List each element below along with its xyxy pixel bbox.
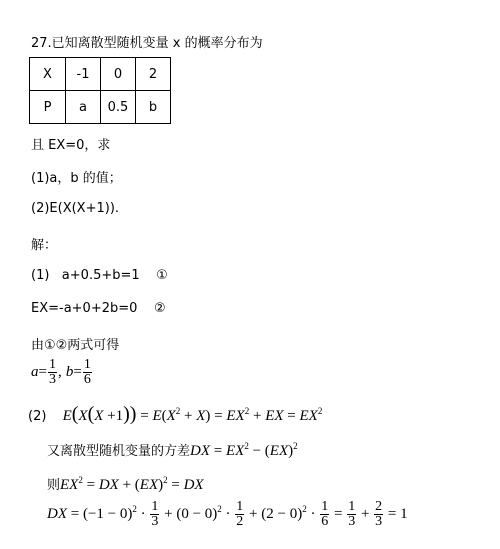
table-cell: 0	[101, 58, 136, 91]
result-ab: a=13, b=16	[31, 358, 93, 387]
solution-label: 解：	[31, 234, 57, 253]
variance-line: 又离散型随机变量的方差DX = EX2 − (EX)2	[47, 440, 298, 460]
ex2-line: 则EX2 = DX + (EX)2 = DX	[47, 474, 204, 494]
distribution-table: X -1 0 2 P a 0.5 b	[29, 57, 171, 124]
part2-equation: (2) E(X(X +1)) = E(X2 + X) = EX2 + EX = …	[28, 403, 322, 426]
equation-1: (1) a+0.5+b=1 ①	[31, 268, 168, 283]
table-row-x: X -1 0 2	[30, 58, 171, 91]
problem-title: 27.已知离散型随机变量 x 的概率分布为	[31, 32, 263, 51]
table-cell: X	[30, 58, 66, 91]
table-row-p: P a 0.5 b	[30, 91, 171, 124]
fraction: 13	[48, 358, 57, 387]
table-cell: 0.5	[101, 91, 136, 124]
table-cell: b	[136, 91, 171, 124]
table-cell: a	[66, 91, 101, 124]
dx-computation: DX = (−1 − 0)2 · 13 + (0 − 0)2 · 12 + (2…	[47, 500, 408, 529]
condition-text: 且 EX=0，求	[31, 134, 110, 153]
equation-2: EX=-a+0+2b=0 ②	[31, 301, 166, 316]
fraction: 16	[83, 358, 92, 387]
table-cell: P	[30, 91, 66, 124]
question-2: (2)E(X(X+1)).	[31, 201, 119, 216]
table-cell: 2	[136, 58, 171, 91]
table-cell: -1	[66, 58, 101, 91]
derive-text: 由①②两式可得	[31, 334, 119, 353]
question-1: (1)a，b 的值；	[31, 167, 122, 186]
